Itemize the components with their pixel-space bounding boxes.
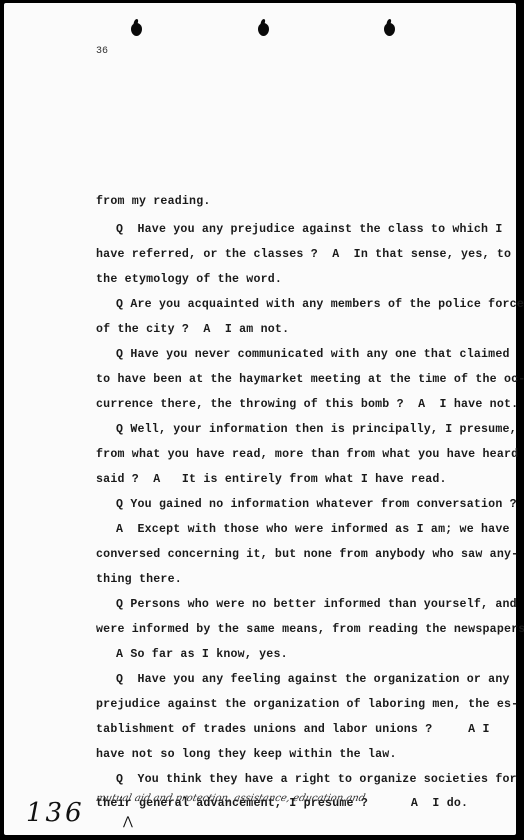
text-line: Q Are you acquainted with any members of…: [116, 298, 524, 311]
text-line: from my reading.: [96, 195, 211, 208]
text-line: currence there, the throwing of this bom…: [96, 398, 518, 411]
handwritten-insertion: mutual aid and protection, assistance, e…: [95, 793, 366, 804]
punch-hole-center: [258, 23, 269, 36]
text-line: of the city ? A I am not.: [96, 323, 289, 336]
text-line: Q You think they have a right to organiz…: [116, 773, 517, 786]
text-line: Q Have you any feeling against the organ…: [116, 673, 510, 686]
text-line: have not so long they keep within the la…: [96, 748, 397, 761]
page-number: 36: [96, 46, 108, 57]
text-line: were informed by the same means, from re…: [96, 623, 524, 636]
text-line: the etymology of the word.: [96, 273, 282, 286]
text-line: to have been at the haymarket meeting at…: [96, 373, 524, 386]
text-line: A Except with those who were informed as…: [116, 523, 510, 536]
text-line: Q You gained no information whatever fro…: [116, 498, 517, 511]
stamp-number: 136: [26, 798, 85, 828]
punch-hole-right: [384, 23, 395, 36]
text-line: prejudice against the organization of la…: [96, 698, 518, 711]
text-line: Q Well, your information then is princip…: [116, 423, 517, 436]
text-line: said ? A It is entirely from what I have…: [96, 473, 447, 486]
text-line: Q Have you any prejudice against the cla…: [116, 223, 503, 236]
text-line: tablishment of trades unions and labor u…: [96, 723, 490, 736]
text-line: have referred, or the classes ? A In tha…: [96, 248, 511, 261]
text-line: conversed concerning it, but none from a…: [96, 548, 518, 561]
text-line: A So far as I know, yes.: [116, 648, 288, 661]
text-line: from what you have read, more than from …: [96, 448, 518, 461]
punch-hole-left: [131, 23, 142, 36]
text-line: Q Have you never communicated with any o…: [116, 348, 510, 361]
insertion-caret: ⋀: [123, 814, 133, 828]
document-page: 36 from my reading.Q Have you any prejud…: [4, 3, 516, 835]
text-line: thing there.: [96, 573, 182, 586]
text-line: Q Persons who were no better informed th…: [116, 598, 517, 611]
